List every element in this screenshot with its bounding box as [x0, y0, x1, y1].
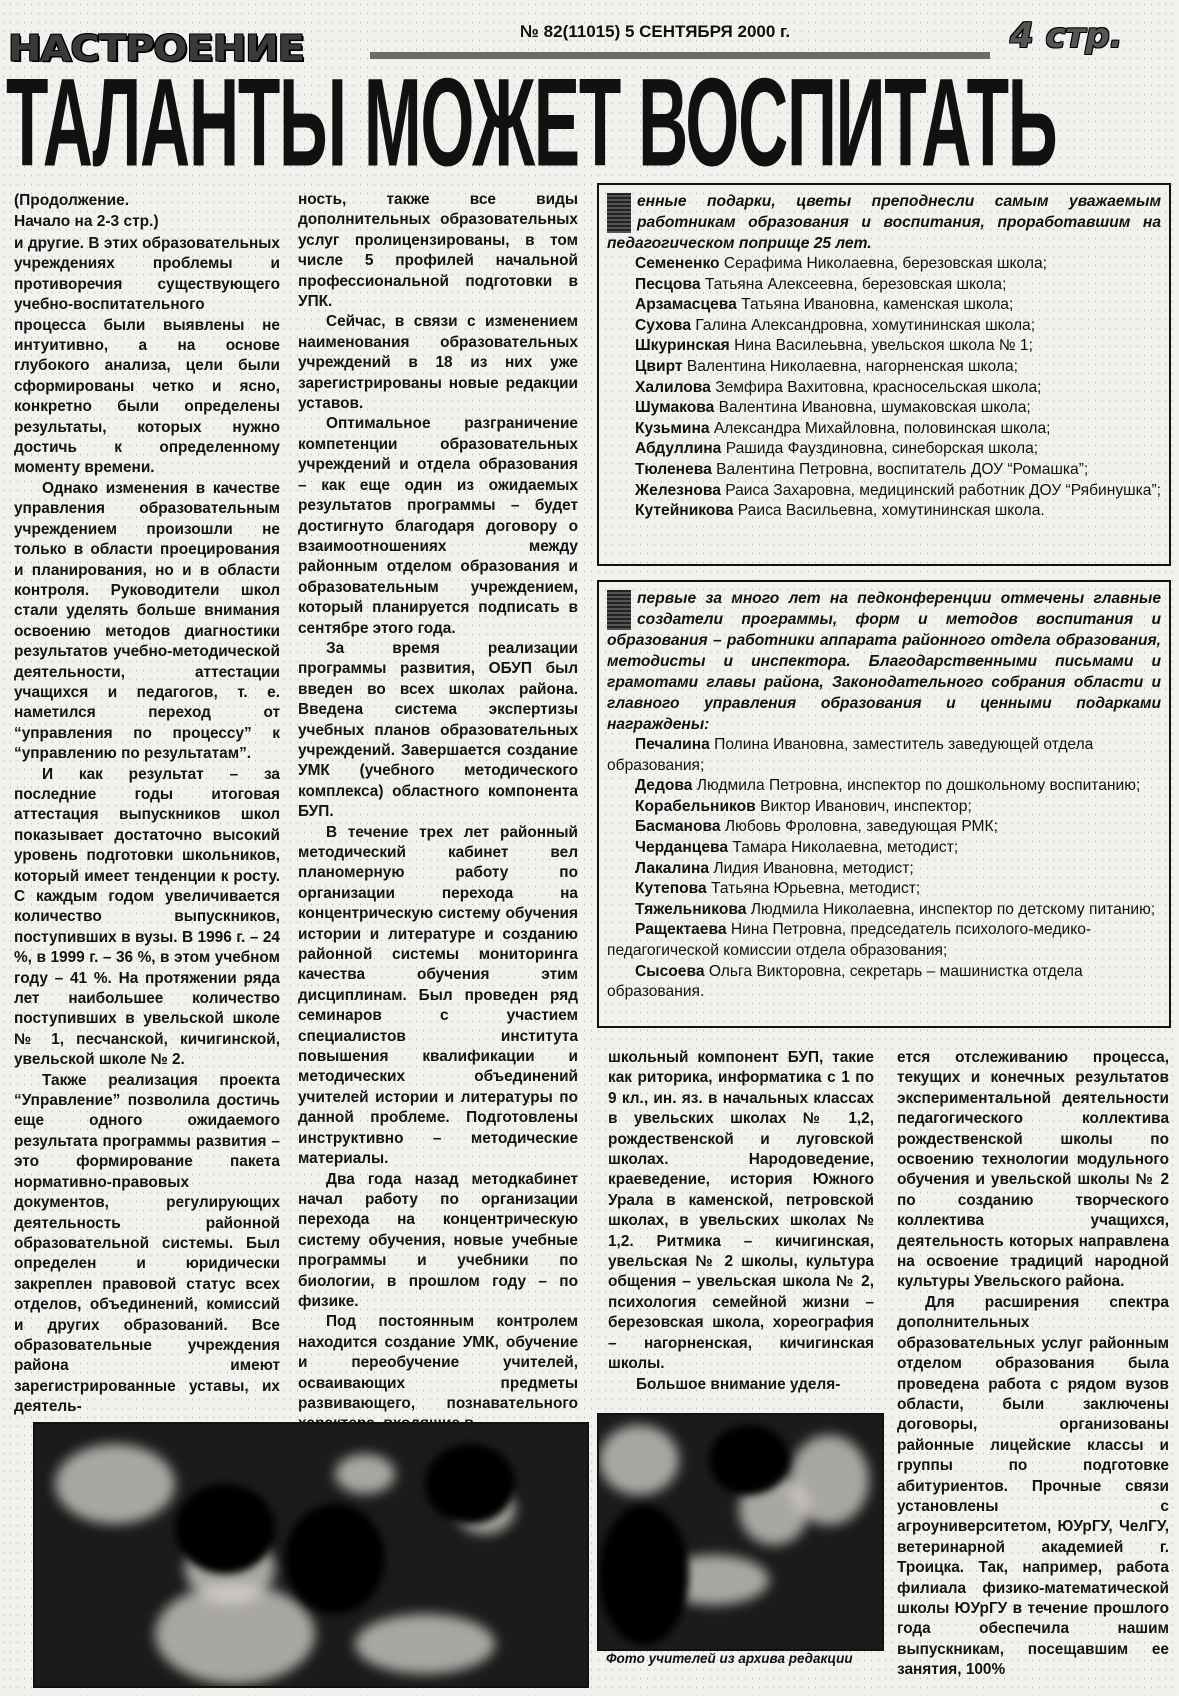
- column-1: (Продолжение. Начало на 2-3 стр.) и друг…: [14, 190, 280, 1418]
- honoree-details: Виктор Иванович, инспектор;: [756, 798, 972, 815]
- teachers-photo-group: [33, 1422, 589, 1688]
- list-item: Кутейникова Раиса Васильевна, хомутининс…: [607, 501, 1161, 522]
- paragraph: школьный компонент БУП, такие как ритори…: [608, 1048, 874, 1375]
- honoree-name: Кузьмина: [635, 420, 710, 437]
- teachers-photo-portrait: [597, 1413, 884, 1651]
- list-item: Ращектаева Нина Петровна, председатель п…: [607, 920, 1161, 961]
- list-item: Сысоева Ольга Викторовна, секретарь – ма…: [607, 962, 1161, 1003]
- paragraph: Однако изменения в качестве управления о…: [14, 479, 280, 765]
- honoree-name: Абдуллина: [635, 440, 721, 457]
- honoree-name: Черданцева: [635, 839, 728, 856]
- honoree-name: Арзамасцева: [635, 296, 737, 313]
- honoree-details: Раиса Захаровна, медицинский работник ДО…: [721, 482, 1161, 499]
- paragraph: Сейчас, в связи с изменением наименовани…: [298, 312, 578, 414]
- honoree-list: Семененко Серафима Николаевна, березовск…: [607, 254, 1161, 522]
- honoree-name: Шумакова: [635, 399, 714, 416]
- paragraph: Два года назад методкабинет начал работу…: [298, 1170, 578, 1313]
- honoree-name: Халилова: [635, 379, 711, 396]
- paragraph: Под постоянным контролем находится созда…: [298, 1312, 578, 1434]
- honoree-list: Печалина Полина Ивановна, заместитель за…: [607, 735, 1161, 1003]
- honoree-details: Людмила Николаевна, инспектор по детском…: [746, 901, 1155, 918]
- honoree-details: Любовь Фроловна, заведующая РМК;: [721, 818, 998, 835]
- list-item: Кузьмина Александра Михайловна, половинс…: [607, 419, 1161, 440]
- honoree-details: Тамара Николаевна, методист;: [728, 839, 958, 856]
- photo-caption: Фото учителей из архива редакции: [606, 1651, 853, 1666]
- honoree-details: Александра Михайловна, половинская школа…: [710, 420, 1051, 437]
- honoree-name: Цвирт: [635, 358, 683, 375]
- honoree-details: Валентина Николаевна, нагорненская школа…: [683, 358, 1018, 375]
- list-item: Дедова Людмила Петровна, инспектор по до…: [607, 776, 1161, 797]
- honoree-name: Шкуринская: [635, 337, 730, 354]
- list-item: Тяжельникова Людмила Николаевна, инспект…: [607, 900, 1161, 921]
- list-item: Лакалина Лидия Ивановна, методист;: [607, 859, 1161, 880]
- paragraph: В течение трех лет районный методический…: [298, 823, 578, 1170]
- paragraph: Также реализация проекта “Управление” по…: [14, 1071, 280, 1418]
- honoree-name: Тюленева: [635, 461, 712, 478]
- box-intro-text: енные подарки, цветы преподнесли самым у…: [607, 193, 1161, 252]
- honoree-name: Песцова: [635, 276, 701, 293]
- honoree-name: Кутепова: [635, 880, 707, 897]
- paragraph: и другие. В этих образовательных учрежде…: [14, 234, 280, 479]
- paragraph: ется отслеживанию процесса, текущих и ко…: [897, 1048, 1169, 1293]
- list-item: Сухова Галина Александровна, хомутининск…: [607, 316, 1161, 337]
- honoree-details: Нина Василеьвна, увельскоя школа № 1;: [730, 337, 1033, 354]
- honoree-details: Татьяна Юрьевна, методист;: [707, 880, 921, 897]
- list-item: Печалина Полина Ивановна, заместитель за…: [607, 735, 1161, 776]
- list-item: Тюленева Валентина Петровна, воспитатель…: [607, 460, 1161, 481]
- honoree-details: Серафима Николаевна, березовская школа;: [720, 255, 1047, 272]
- honoree-name: Тяжельникова: [635, 901, 746, 918]
- list-item: Абдуллина Рашида Фауздиновна, синеборска…: [607, 439, 1161, 460]
- paragraph: ность, также все виды дополнительных обр…: [298, 190, 578, 312]
- paragraph: И как результат – за последние годы итог…: [14, 765, 280, 1071]
- dropcap: Ц: [607, 193, 631, 233]
- honoree-name: Дедова: [635, 777, 692, 794]
- honoree-name: Печалина: [635, 736, 710, 753]
- list-item: Песцова Татьяна Алексеевна, березовская …: [607, 275, 1161, 296]
- paragraph: Оптимальное разграничение компетенции об…: [298, 414, 578, 638]
- honoree-details: Лидия Ивановна, методист;: [709, 860, 914, 877]
- list-item: Черданцева Тамара Николаевна, методист;: [607, 838, 1161, 859]
- honoree-name: Сысоева: [635, 963, 705, 980]
- paragraph: За время реализации программы развития, …: [298, 639, 578, 823]
- honoree-name: Кутейникова: [635, 502, 733, 519]
- column-4: ется отслеживанию процесса, текущих и ко…: [897, 1048, 1169, 1681]
- honoree-details: Галина Александровна, хомутининская школ…: [691, 317, 1035, 334]
- honoree-details: Валентина Ивановна, шумаковская школа;: [714, 399, 1030, 416]
- paragraph: Большое внимание уделя-: [608, 1375, 874, 1395]
- list-item: Арзамасцева Татьяна Ивановна, каменская …: [607, 295, 1161, 316]
- list-item: Кутепова Татьяна Юрьевна, методист;: [607, 879, 1161, 900]
- list-item: Цвирт Валентина Николаевна, нагорненская…: [607, 357, 1161, 378]
- page-number: 4 стр.: [1010, 16, 1123, 56]
- column-2: ность, также все виды дополнительных обр…: [298, 190, 578, 1435]
- district-staff-awards-box: Впервые за много лет на педконференции о…: [597, 580, 1171, 1028]
- list-item: Корабельников Виктор Иванович, инспектор…: [607, 797, 1161, 818]
- veterans-awards-box: Ценные подарки, цветы преподнесли самым …: [597, 183, 1171, 566]
- honoree-name: Ращектаева: [635, 921, 727, 938]
- box-intro: Ценные подарки, цветы преподнесли самым …: [607, 191, 1161, 254]
- list-item: Басманова Любовь Фроловна, заведующая РМ…: [607, 817, 1161, 838]
- honoree-details: Раиса Васильевна, хомутининская школа.: [733, 502, 1044, 519]
- continuation-note: (Продолжение. Начало на 2-3 стр.): [14, 190, 280, 232]
- list-item: Шумакова Валентина Ивановна, шумаковская…: [607, 398, 1161, 419]
- honoree-details: Людмила Петровна, инспектор по дошкольно…: [692, 777, 1140, 794]
- honoree-details: Татьяна Ивановна, каменская школа;: [737, 296, 1014, 313]
- paragraph: Для расширения спектра дополнительных об…: [897, 1293, 1169, 1681]
- honoree-name: Железнова: [635, 482, 721, 499]
- honoree-name: Семененко: [635, 255, 720, 272]
- honoree-name: Корабельников: [635, 798, 756, 815]
- continuation-line-2: Начало на 2-3 стр.): [14, 211, 280, 232]
- issue-info: № 82(11015) 5 СЕНТЯБРЯ 2000 г.: [520, 22, 790, 42]
- honoree-name: Лакалина: [635, 860, 709, 877]
- column-3: школьный компонент БУП, такие как ритори…: [608, 1048, 874, 1395]
- article-headline: ТАЛАНТЫ МОЖЕТ ВОСПИТАТЬ: [6, 60, 1056, 185]
- honoree-details: Татьяна Алексеевна, березовская школа;: [701, 276, 1007, 293]
- list-item: Семененко Серафима Николаевна, березовск…: [607, 254, 1161, 275]
- honoree-name: Басманова: [635, 818, 721, 835]
- list-item: Халилова Земфира Вахитовна, красносельск…: [607, 378, 1161, 399]
- honoree-name: Сухова: [635, 317, 691, 334]
- dropcap: В: [607, 590, 631, 630]
- honoree-details: Валентина Петровна, воспитатель ДОУ “Ром…: [712, 461, 1088, 478]
- list-item: Железнова Раиса Захаровна, медицинский р…: [607, 481, 1161, 502]
- list-item: Шкуринская Нина Василеьвна, увельскоя шк…: [607, 336, 1161, 357]
- honoree-details: Рашида Фауздиновна, синеборская школа;: [721, 440, 1038, 457]
- continuation-line-1: (Продолжение.: [14, 190, 280, 211]
- box-intro-text: первые за много лет на педконференции от…: [607, 590, 1161, 733]
- honoree-details: Земфира Вахитовна, красносельская школа;: [711, 379, 1042, 396]
- box-intro: Впервые за много лет на педконференции о…: [607, 588, 1161, 735]
